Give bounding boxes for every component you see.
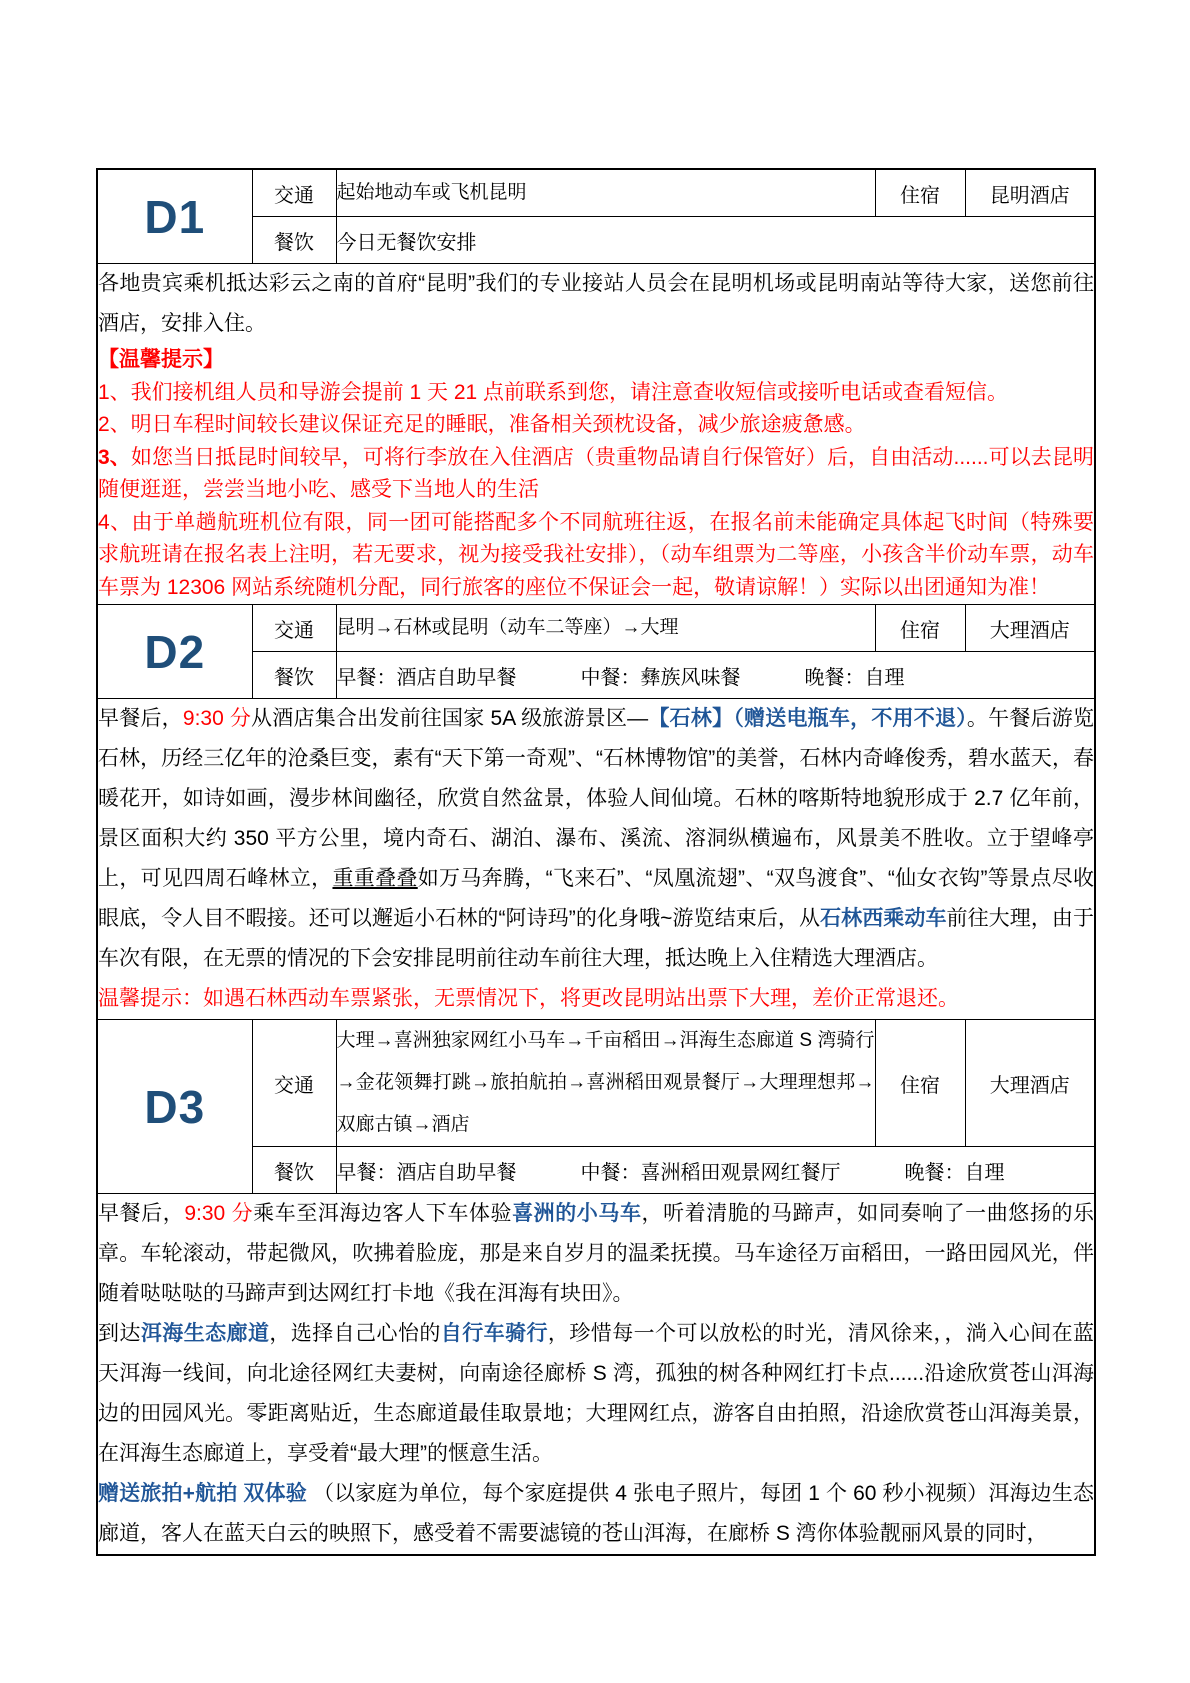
day1-meals-label: 餐饮 [252,217,336,264]
paragraph: 早餐后，9:30 分从酒店集合出发前往国家 5A 级旅游景区—【石林】（赠送电瓶… [98,699,1094,979]
itinerary-page: D1 交通 起始地动车或飞机昆明 住宿 昆明酒店 餐饮 今日无餐饮安排 各地贵宾… [0,0,1190,1683]
day1-transport-route: 起始地动车或飞机昆明 [336,169,875,217]
meal-item: 晚餐：自理 [805,661,905,690]
paragraph: 赠送旅拍+航拍 双体验 （以家庭为单位，每个家庭提供 4 张电子照片，每团 1 … [98,1474,1094,1554]
day2-meals-label: 餐饮 [252,652,336,699]
day2-transport-row: D2 交通 昆明→石林或昆明（动车二等座）→大理 住宿 大理酒店 [97,605,1095,652]
day2-transport-route: 昆明→石林或昆明（动车二等座）→大理 [336,605,875,652]
day3-lodging-value: 大理酒店 [965,1020,1095,1147]
meal-item: 今日无餐饮安排 [337,226,477,255]
day1-lodging-value: 昆明酒店 [965,169,1095,217]
meal-item: 早餐：酒店自助早餐 [337,1156,517,1185]
day1-description: 各地贵宾乘机抵达彩云之南的首府“昆明”我们的专业接站人员会在昆明机场或昆明南站等… [97,264,1095,605]
notice-item: 2、明日车程时间较长建议保证充足的睡眠，准备相关颈枕设备，减少旅途疲惫感。 [98,409,1094,442]
paragraph: 到达洱海生态廊道，选择自己心怡的自行车骑行，珍惜每一个可以放松的时光，清风徐来，… [98,1314,1094,1474]
notice-line: 温馨提示：如遇石林西动车票紧张，无票情况下，将更改昆明站出票下大理，差价正常退还… [98,979,1094,1019]
notice-item: 4、由于单趟航班机位有限，同一团可能搭配多个不同航班往返，在报名前未能确定具体起… [98,507,1094,605]
day2-lodging-value: 大理酒店 [965,605,1095,652]
day1-description-row: 各地贵宾乘机抵达彩云之南的首府“昆明”我们的专业接站人员会在昆明机场或昆明南站等… [97,264,1095,605]
day3-meals-label: 餐饮 [252,1147,336,1194]
day3-lodging-label: 住宿 [875,1020,965,1147]
day3-meals: 早餐：酒店自助早餐中餐：喜洲稻田观景网红餐厅晚餐：自理 [336,1147,1095,1194]
notice-item: 1、我们接机组人员和导游会提前 1 天 21 点前联系到您，请注意查收短信或接听… [98,377,1094,410]
day2-description-row: 早餐后，9:30 分从酒店集合出发前往国家 5A 级旅游景区—【石林】（赠送电瓶… [97,699,1095,1020]
meal-item: 早餐：酒店自助早餐 [337,661,517,690]
day1-label: D1 [97,169,252,264]
day3-transport-label: 交通 [252,1020,336,1147]
day1-lodging-label: 住宿 [875,169,965,217]
paragraph: 早餐后，9:30 分乘车至洱海边客人下车体验喜洲的小马车，听着清脆的马蹄声，如同… [98,1194,1094,1314]
day1-transport-row: D1 交通 起始地动车或飞机昆明 住宿 昆明酒店 [97,169,1095,217]
paragraph: 各地贵宾乘机抵达彩云之南的首府“昆明”我们的专业接站人员会在昆明机场或昆明南站等… [98,264,1094,344]
day3-transport-row: D3 交通 大理→喜洲独家网红小马车→千亩稻田→洱海生态廊道 S 湾骑行→金花领… [97,1020,1095,1147]
notice-title: 【温馨提示】 [98,344,1094,377]
day3-description: 早餐后，9:30 分乘车至洱海边客人下车体验喜洲的小马车，听着清脆的马蹄声，如同… [97,1194,1095,1556]
notice-item: 3、如您当日抵昆时间较早，可将行李放在入住酒店（贵重物品请自行保管好）后，自由活… [98,442,1094,507]
day2-transport-label: 交通 [252,605,336,652]
day2-lodging-label: 住宿 [875,605,965,652]
meal-item: 中餐：喜洲稻田观景网红餐厅 [581,1156,841,1185]
meal-item: 中餐：彝族风味餐 [581,661,741,690]
day1-meals: 今日无餐饮安排 [336,217,1095,264]
meal-item: 晚餐：自理 [905,1156,1005,1185]
day3-label: D3 [97,1020,252,1194]
day1-transport-label: 交通 [252,169,336,217]
day3-description-row: 早餐后，9:30 分乘车至洱海边客人下车体验喜洲的小马车，听着清脆的马蹄声，如同… [97,1194,1095,1556]
itinerary-table: D1 交通 起始地动车或飞机昆明 住宿 昆明酒店 餐饮 今日无餐饮安排 各地贵宾… [96,168,1096,1556]
day2-meals: 早餐：酒店自助早餐中餐：彝族风味餐晚餐：自理 [336,652,1095,699]
day3-transport-route: 大理→喜洲独家网红小马车→千亩稻田→洱海生态廊道 S 湾骑行→金花领舞打跳→旅拍… [336,1020,875,1147]
day2-label: D2 [97,605,252,699]
day2-description: 早餐后，9:30 分从酒店集合出发前往国家 5A 级旅游景区—【石林】（赠送电瓶… [97,699,1095,1020]
